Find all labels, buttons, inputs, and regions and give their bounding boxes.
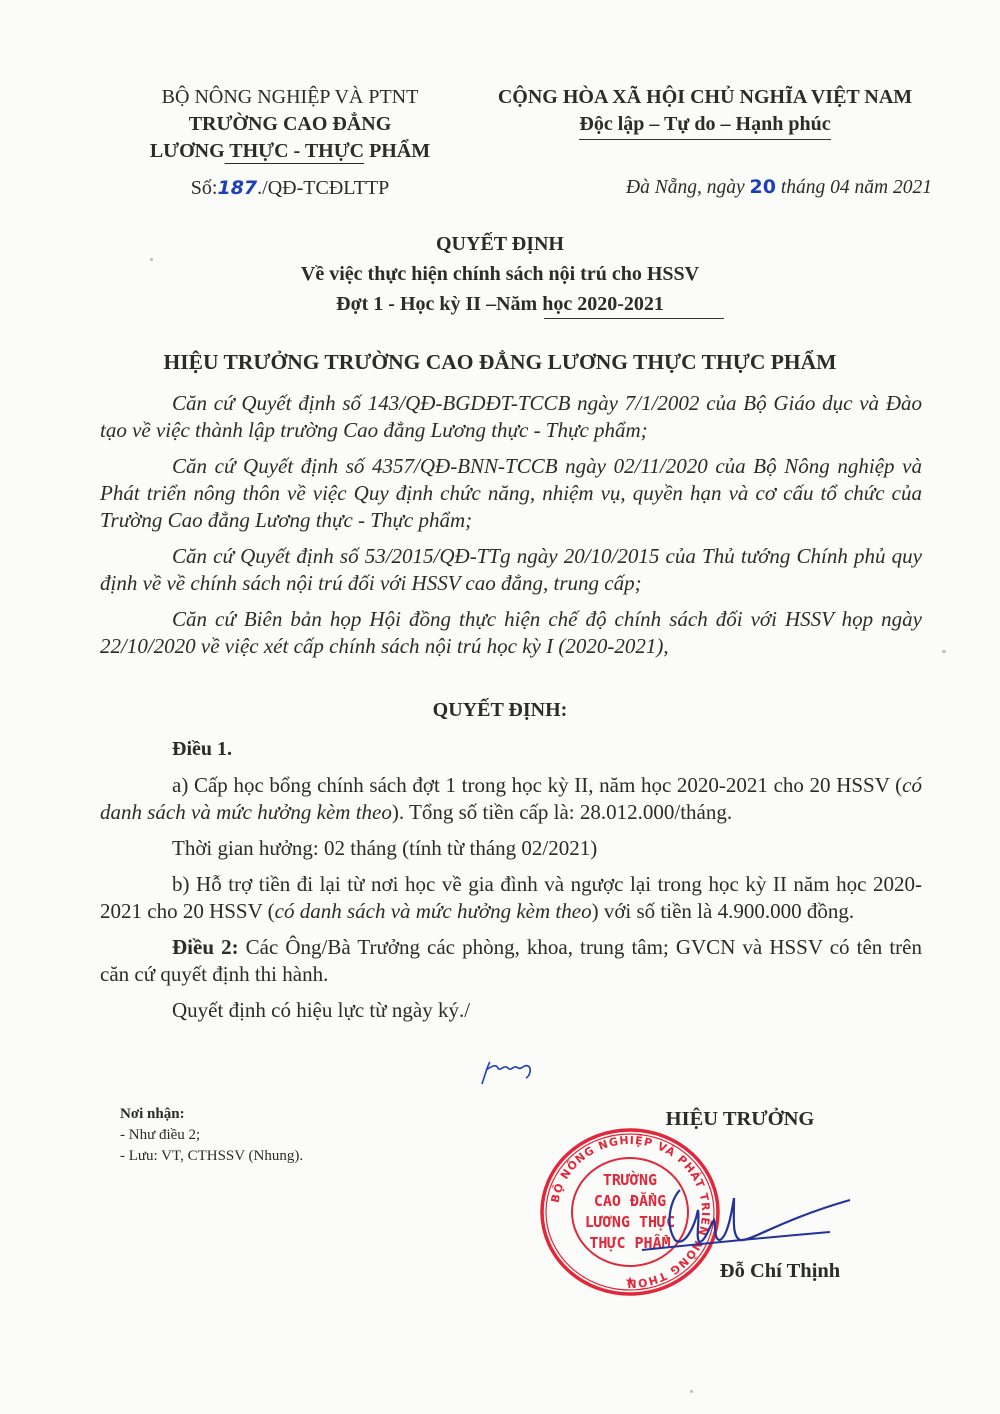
national-motto: Độc lập – Tự do – Hạnh phúc (579, 111, 830, 140)
article1-heading: Điều 1. (172, 738, 232, 761)
scan-speck (942, 650, 946, 653)
document-title: QUYẾT ĐỊNH Về việc thực hiện chính sách … (100, 229, 900, 319)
legal-grounds: Căn cứ Quyết định số 143/QĐ-BGDĐT-TCCB n… (100, 390, 922, 669)
document-page: BỘ NÔNG NGHIỆP VÀ PTNT TRƯỜNG CAO ĐẲNG L… (0, 0, 1000, 1414)
title-line1: QUYẾT ĐỊNH (100, 229, 900, 259)
signer-name: Đỗ Chí Thịnh (680, 1260, 880, 1283)
recipient-item: - Lưu: VT, CTHSSV (Nhung). (120, 1146, 303, 1167)
article2: Điều 2: Các Ông/Bà Trưởng các phòng, kho… (100, 934, 922, 988)
handwritten-number: 187 (217, 177, 257, 199)
recipients-heading: Nơi nhận: (120, 1104, 303, 1125)
decision-heading: QUYẾT ĐỊNH: (100, 699, 900, 722)
article1-duration: Thời gian hưởng: 02 tháng (tính từ tháng… (100, 835, 922, 862)
title-underline (544, 318, 724, 320)
handwritten-day: 20 (750, 176, 776, 198)
place-and-date: Đà Nẵng, ngày 20 tháng 04 năm 2021 (500, 176, 932, 199)
effective-clause: Quyết định có hiệu lực từ ngày ký./ (100, 997, 922, 1024)
recipient-item: - Như điều 2; (120, 1125, 303, 1146)
recipients: Nơi nhận: - Như điều 2; - Lưu: VT, CTHSS… (120, 1104, 303, 1167)
ground-item: Căn cứ Quyết định số 4357/QĐ-BNN-TCCB ng… (100, 453, 922, 534)
scan-speck (690, 1390, 693, 1393)
title-period: Đợt 1 - Học kỳ II –Năm học 2020-2021 (336, 289, 664, 319)
document-number: Số:187./QĐ-TCĐLTTP (120, 175, 460, 202)
signature-icon (640, 1170, 860, 1260)
ground-item: Căn cứ Biên bản họp Hội đồng thực hiện c… (100, 606, 922, 660)
title-subject: Về việc thực hiện chính sách nội trú cho… (100, 259, 900, 289)
authority-heading: HIỆU TRƯỞNG TRƯỜNG CAO ĐẲNG LƯƠNG THỰC T… (100, 350, 900, 375)
initial-signature-icon (478, 1058, 558, 1086)
article1-b: b) Hỗ trợ tiền đi lại từ nơi học về gia … (100, 871, 922, 925)
country-name: CỘNG HÒA XÃ HỘI CHỦ NGHĨA VIỆT NAM (465, 84, 945, 111)
issuing-agency-block: BỘ NÔNG NGHIỆP VÀ PTNT TRƯỜNG CAO ĐẲNG L… (120, 84, 460, 202)
article1-a: a) Cấp học bổng chính sách đợt 1 trong h… (100, 772, 922, 826)
scan-speck (150, 258, 153, 261)
svg-text:★: ★ (625, 1274, 636, 1288)
ground-item: Căn cứ Quyết định số 143/QĐ-BGDĐT-TCCB n… (100, 390, 922, 444)
school-name-line2: LƯƠNG THỰC - THỰC PHẨM (120, 138, 460, 165)
articles: a) Cấp học bổng chính sách đợt 1 trong h… (100, 772, 922, 1033)
school-name-line1: TRƯỜNG CAO ĐẲNG (120, 111, 460, 138)
ground-item: Căn cứ Quyết định số 53/2015/QĐ-TTg ngày… (100, 543, 922, 597)
ministry-name: BỘ NÔNG NGHIỆP VÀ PTNT (120, 84, 460, 111)
national-motto-block: CỘNG HÒA XÃ HỘI CHỦ NGHĨA VIỆT NAM Độc l… (465, 84, 945, 140)
